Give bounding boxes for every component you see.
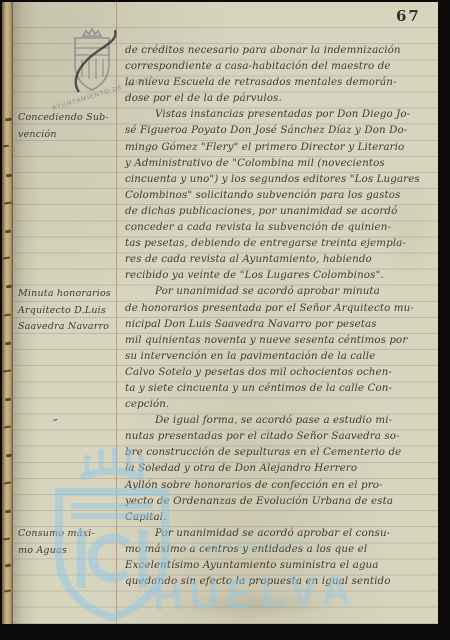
manuscript-line: de créditos necesario para abonar la ind… — [125, 44, 435, 60]
manuscript-line: correspondiente a casa-habitación del ma… — [125, 60, 435, 76]
paper-stain — [173, 590, 333, 620]
paper-stain — [373, 172, 443, 292]
margin-note-line: Consumo máxi- — [18, 526, 114, 543]
ink-bleed-mark — [3, 538, 10, 541]
margin-note-consumo-aguas: Consumo máxi- mo Aguas — [18, 526, 114, 559]
scanned-book-page: 67 AYUNTAMIENTO DE HUELVA — [0, 0, 450, 640]
manuscript-line: la Soledad y otra de Don Alejandro Herre… — [125, 462, 435, 478]
manuscript-line: De igual forma, se acordó pase a estudio… — [125, 414, 435, 430]
ink-bleed-mark — [5, 230, 11, 234]
manuscript-line: quedando sin efecto la propuesta en igua… — [125, 575, 435, 591]
manuscript-line: Calvo Sotelo y pesetas dos mil ochocient… — [125, 366, 435, 382]
ink-bleed-mark — [6, 285, 12, 289]
ink-bleed-mark — [4, 482, 11, 485]
manuscript-line: de honorarios presentada por el Señor Ar… — [125, 302, 435, 318]
manuscript-line: mil quinientas noventa y nueve sesenta c… — [125, 334, 435, 350]
ink-bleed-mark — [3, 257, 10, 260]
manuscript-line: yecto de Ordenanzas de Evolución Urbana … — [125, 495, 435, 511]
manuscript-line: nutas presentadas por el citado Señor Sa… — [125, 430, 435, 446]
manuscript-line: ta y siete cincuenta y un céntimos de la… — [125, 382, 435, 398]
ink-bleed-mark — [5, 118, 12, 122]
manuscript-line: mo máximo a centros y entidades a los qu… — [125, 543, 435, 559]
manuscript-line: la nueva Escuela de retrasados mentales … — [125, 76, 435, 92]
manuscript-line: Vistas instancias presentadas por Don Di… — [125, 108, 435, 124]
manuscript-page: 67 AYUNTAMIENTO DE HUELVA — [13, 2, 438, 624]
ink-bleed-mark — [5, 510, 11, 514]
margin-note-subvencion: Concediendo Sub- vención — [18, 110, 114, 143]
ink-bleed-mark — [6, 454, 12, 458]
ink-bleed-mark — [3, 145, 9, 148]
manuscript-line: cepción. — [125, 398, 435, 414]
margin-note-line: mo Aguas — [18, 543, 114, 560]
manuscript-line: sé Figueroa Poyato Don José Sánchez Díaz… — [125, 124, 435, 140]
manuscript-line: Ayllón sobre honorarios de confección en… — [125, 479, 435, 495]
ink-bleed-mark — [5, 564, 11, 568]
margin-note-line: Arquitecto D.Luis — [18, 303, 114, 320]
ink-bleed-mark — [4, 201, 12, 204]
page-number: 67 — [396, 7, 421, 25]
manuscript-line: Capital. — [125, 511, 435, 527]
manuscript-line: Por unanimidad se acordó aprobar el cons… — [125, 527, 435, 543]
ink-bleed-mark — [4, 426, 11, 429]
ink-bleed-mark — [4, 314, 11, 317]
ink-bleed-mark — [3, 369, 11, 372]
manuscript-line: su intervención en la pavimentación de l… — [125, 350, 435, 366]
ink-bleed-mark — [4, 590, 11, 593]
manuscript-line: bre construcción de sepulturas en el Cem… — [125, 446, 435, 462]
manuscript-line: y Administrativo de "Colombina mil (nove… — [125, 157, 435, 173]
margin-note-line: Saavedra Navarro — [18, 319, 114, 336]
manuscript-body: de créditos necesario para abonar la ind… — [125, 44, 435, 591]
ink-bleed-mark — [5, 398, 11, 402]
margin-note-line: Minuta honorarios — [18, 286, 114, 303]
margin-note-minuta-honorarios: Minuta honorarios Arquitecto D.Luis Saav… — [18, 286, 114, 336]
manuscript-line: Excelentísimo Ayuntamiento suministra el… — [125, 559, 435, 575]
margin-note-line: vención — [18, 127, 114, 144]
manuscript-line: dose por el de la de párvulos. — [125, 92, 435, 108]
ink-bleed-mark — [6, 174, 12, 178]
margin-note-line: Concediendo Sub- — [18, 110, 114, 127]
ink-bleed-mark — [5, 342, 11, 346]
manuscript-line: nicipal Don Luis Saavedra Navarro por pe… — [125, 318, 435, 334]
manuscript-line: mingo Gómez "Flery" el primero Director … — [125, 141, 435, 157]
